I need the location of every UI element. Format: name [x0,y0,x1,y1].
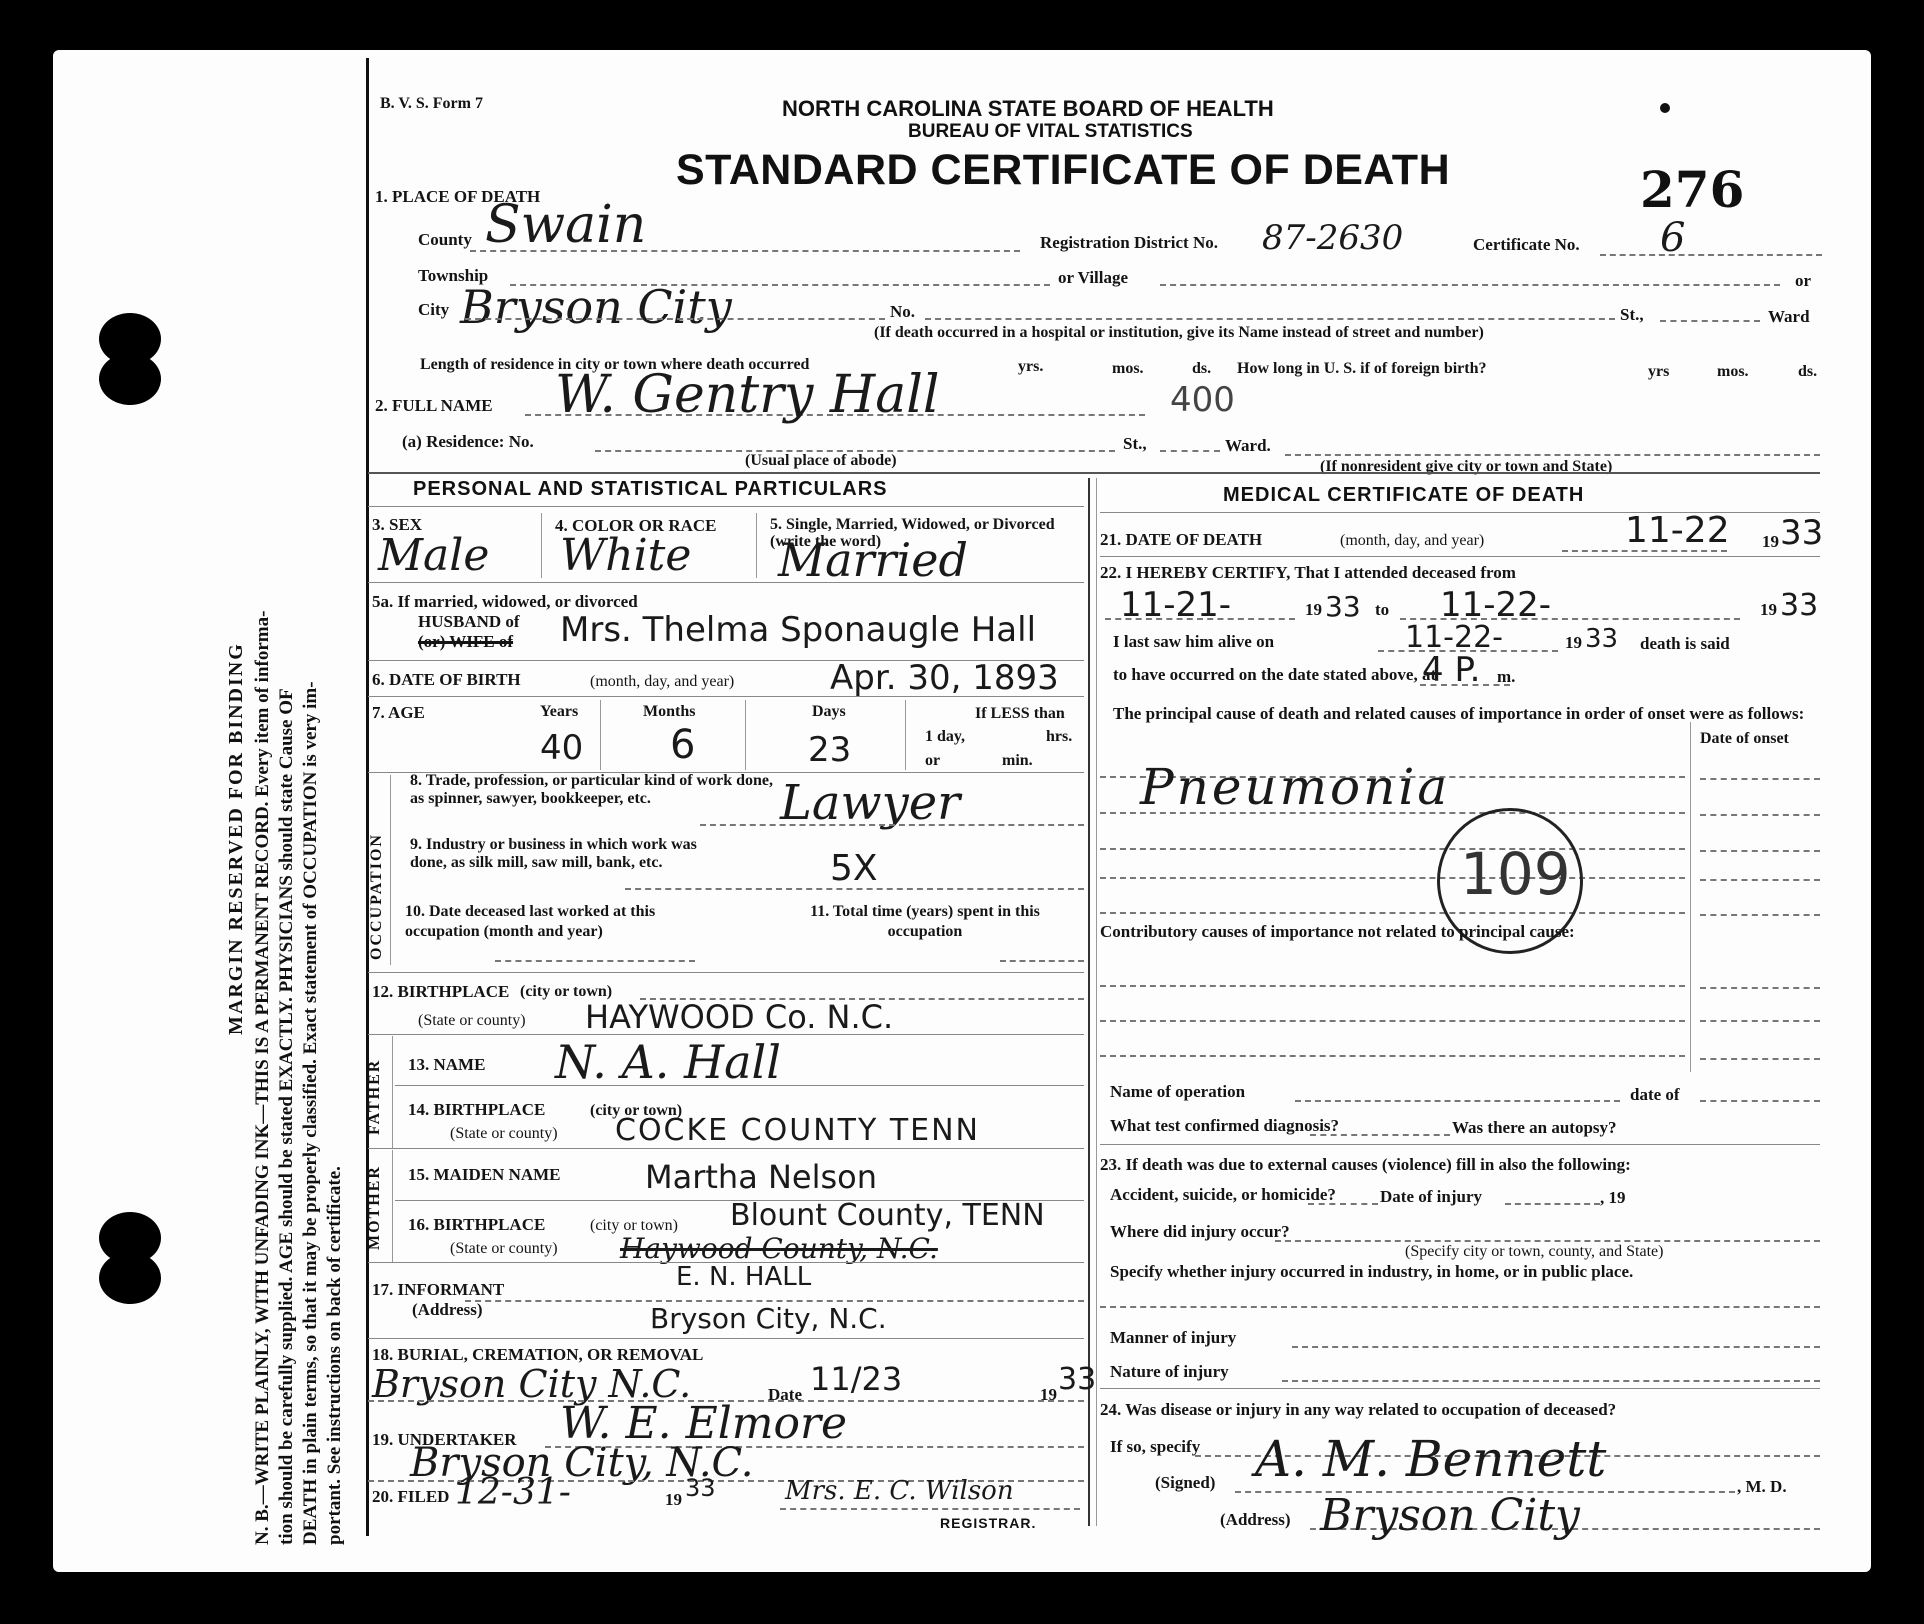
mos2-label: mos. [1717,363,1749,381]
personal-section-title: PERSONAL AND STATISTICAL PARTICULARS [413,478,888,501]
registrar-signature[interactable]: Mrs. E. C. Wilson [785,1476,1014,1506]
residence-st-label: St., [1123,434,1147,454]
occupation-related-label: 24. Was disease or injury in any way rel… [1100,1400,1616,1420]
mother-birthplace-value[interactable]: Blount County, TENN [730,1198,1045,1233]
date-of-label: date of [1630,1085,1680,1105]
sex-value[interactable]: Male [378,530,489,581]
county-value[interactable]: Swain [485,195,646,255]
foreign-birth-label: How long in U. S. if of foreign birth? [1237,360,1487,378]
filed-date-value[interactable]: 12-31- [455,1472,571,1513]
mother-tag: MOTHER [366,1165,384,1250]
mother-maiden-label: 15. MAIDEN NAME [408,1165,561,1185]
ds2-label: ds. [1798,363,1817,381]
autopsy-label: Was there an autopsy? [1452,1118,1617,1138]
physician-address-label: (Address) [1220,1510,1291,1530]
county-label: County [418,230,472,250]
trade-value[interactable]: Lawyer [780,775,960,831]
manner-label: Manner of injury [1110,1328,1236,1348]
cause-value[interactable]: Pneumonia [1140,758,1450,816]
father-name-value[interactable]: N. A. Hall [555,1035,781,1089]
attended-from-year[interactable]: 33 [1325,590,1361,623]
attended-from-year-prefix: 19 [1305,600,1322,620]
hrs-label: hrs. [1046,728,1072,746]
marital-value[interactable]: Married [778,533,968,587]
md-label: , M. D. [1737,1477,1787,1497]
bureau-name: BUREAU OF VITAL STATISTICS [908,121,1193,143]
city-label: City [418,300,449,320]
filed-label: 20. FILED [372,1487,449,1507]
ward-label: Ward [1768,307,1810,327]
dob-value[interactable]: Apr. 30, 1893 [830,658,1059,698]
full-name-value[interactable]: W. Gentry Hall [555,365,940,425]
min-label: min. [1002,752,1033,770]
age-months-value[interactable]: 6 [670,722,695,768]
or-label: or [1795,271,1811,291]
nature-label: Nature of injury [1110,1362,1229,1382]
or-min-label: or [925,752,940,770]
residence-label: (a) Residence: No. [402,432,534,452]
spouse-label-3: (or) WIFE of [418,632,513,652]
usual-place-note: (Usual place of abode) [745,452,897,470]
mother-birthplace-struck: Haywood County, N.C. [620,1232,938,1265]
filed-year-value[interactable]: 33 [685,1474,716,1502]
industry-value[interactable]: 5X [830,848,878,889]
informant-address-value[interactable]: Bryson City, N.C. [650,1302,887,1335]
date-of-death-label: 21. DATE OF DEATH [1100,530,1262,550]
injury-year-label: , 19 [1600,1188,1626,1208]
total-time-label: 11. Total time (years) spent in this occ… [805,902,1045,942]
occurred-label: to have occurred on the date stated abov… [1113,665,1436,685]
accident-label: Accident, suicide, or homicide? [1110,1185,1336,1205]
mother-maiden-value[interactable]: Martha Nelson [645,1158,877,1196]
father-name-label: 13. NAME [408,1055,485,1075]
full-name-label: 2. FULL NAME [375,396,493,416]
certify-label: 22. I HEREBY CERTIFY, That I attended de… [1100,563,1516,583]
less-than-label: If LESS than [975,705,1065,723]
certificate-number-value[interactable]: 6 [1660,215,1685,261]
onset-divider [1690,722,1691,1072]
margin-note-line1: N. B.—WRITE PLAINLY, WITH UNFADING INK—T… [252,611,274,1545]
birthplace-state-hint: (State or county) [418,1012,526,1030]
margin-note-line3: DEATH in plain terms, so that it may be … [300,681,322,1545]
informant-label: 17. INFORMANT [372,1280,504,1300]
page-title: STANDARD CERTIFICATE OF DEATH [676,146,1450,195]
specify-where-label: Specify whether injury occurred in indus… [1110,1262,1633,1282]
spouse-label-1: 5a. If married, widowed, or divorced [372,592,638,612]
time-value[interactable]: 4 P. [1422,650,1480,690]
burial-year-prefix: 19 [1040,1385,1057,1405]
age-days-label: Days [812,703,846,721]
test-label: What test confirmed diagnosis? [1110,1116,1339,1136]
last-worked-label: 10. Date deceased last worked at this oc… [405,902,705,942]
attended-from-value[interactable]: 11-21- [1120,585,1231,625]
registration-district-value[interactable]: 87-2630 [1262,218,1403,258]
trade-label: 8. Trade, profession, or particular kind… [410,772,780,808]
age-days-value[interactable]: 23 [808,730,851,770]
attended-to-value[interactable]: 11-22- [1440,585,1551,625]
attended-to-year[interactable]: 33 [1780,588,1818,623]
operation-label: Name of operation [1110,1082,1245,1102]
occupation-tag: OCCUPATION [368,833,386,960]
hospital-note: (If death occurred in a hospital or inst… [874,324,1484,342]
registration-district-label: Registration District No. [1040,233,1218,253]
m-label: m. [1497,667,1515,687]
residence-ward-label: Ward. [1225,436,1271,456]
spouse-label-2: HUSBAND of [418,612,520,632]
last-saw-label: I last saw him alive on [1113,632,1274,652]
industry-label: 9. Industry or business in which work wa… [410,836,715,872]
age-months-label: Months [643,703,695,721]
where-injury-label: Where did injury occur? [1110,1222,1290,1242]
certificate-number-label: Certificate No. [1473,235,1580,255]
binder-hole-top-b [99,353,161,405]
father-birthplace-label: 14. BIRTHPLACE [408,1100,545,1120]
to-label: to [1375,600,1389,620]
age-years-value[interactable]: 40 [540,728,583,768]
physician-signature[interactable]: A. M. Bennett [1255,1430,1606,1488]
dob-hint: (month, day, and year) [590,673,734,691]
one-day-label: 1 day, [925,728,965,746]
agency-name: NORTH CAROLINA STATE BOARD OF HEALTH [782,96,1274,122]
race-value[interactable]: White [560,530,691,581]
spouse-value[interactable]: Mrs. Thelma Sponaugle Hall [560,610,1036,650]
ds-label: ds. [1192,360,1211,378]
last-saw-year[interactable]: 33 [1585,624,1618,654]
filed-year-prefix: 19 [665,1490,682,1510]
date-of-death-hint: (month, day, and year) [1340,532,1484,550]
burial-date-value[interactable]: 11/23 [810,1360,902,1398]
death-year-prefix: 19 [1762,532,1779,552]
margin-note-line4: portant. See instructions on back of cer… [324,1166,346,1545]
death-year-value[interactable]: 33 [1780,513,1823,553]
margin-binding-note: MARGIN RESERVED FOR BINDING [225,642,248,1035]
burial-year-value[interactable]: 33 [1058,1362,1096,1397]
injury-date-label: Date of injury [1380,1187,1482,1207]
form-id: B. V. S. Form 7 [380,95,483,113]
birthplace-value[interactable]: HAYWOOD Co. N.C. [585,998,893,1036]
informant-address-label: (Address) [412,1300,483,1320]
registrar-label: REGISTRAR. [940,1515,1036,1531]
father-state-hint: (State or county) [450,1125,558,1143]
yrs2-label: yrs [1648,363,1669,381]
cause-label: The principal cause of death and related… [1113,700,1823,728]
dot-mark [1660,103,1670,113]
stamp-number: 276 [1640,160,1744,219]
city-value[interactable]: Bryson City [460,280,732,334]
medical-section-title: MEDICAL CERTIFICATE OF DEATH [1223,484,1584,507]
death-said-label: death is said [1640,634,1730,654]
signed-label: (Signed) [1155,1473,1215,1493]
full-name-annotation: 400 [1170,380,1235,420]
dob-label: 6. DATE OF BIRTH [372,670,521,690]
father-birthplace-value[interactable]: COCKE COUNTY TENN [615,1113,980,1148]
yrs-label: yrs. [1018,358,1043,376]
informant-value[interactable]: E. N. HALL [676,1262,811,1292]
mother-state-hint: (State or county) [450,1240,558,1258]
village-label: or Village [1058,268,1128,288]
age-years-label: Years [540,703,578,721]
physician-address-value[interactable]: Bryson City [1320,1490,1580,1541]
date-of-onset-label: Date of onset [1700,730,1789,748]
cause-code-value[interactable]: 109 [1460,840,1571,908]
margin-note-line2: tion should be carefully supplied. AGE s… [276,688,298,1545]
date-of-death-value[interactable]: 11-22 [1625,510,1730,551]
margin-border [366,58,369,1536]
street-label: St., [1620,305,1644,325]
binder-hole-bottom-b [99,1252,161,1304]
if-so-label: If so, specify [1110,1437,1200,1457]
street-no-label: No. [890,302,915,322]
specify-city-note: (Specify city or town, county, and State… [1405,1243,1663,1261]
contributory-label: Contributory causes of importance not re… [1100,922,1690,942]
last-saw-year-prefix: 19 [1565,633,1582,653]
attended-to-year-prefix: 19 [1760,600,1777,620]
external-causes-label: 23. If death was due to external causes … [1100,1155,1631,1175]
father-tag: FATHER [366,1059,384,1135]
age-label: 7. AGE [372,703,425,723]
mos-label: mos. [1112,360,1144,378]
mother-birthplace-label: 16. BIRTHPLACE [408,1215,545,1235]
birthplace-label: 12. BIRTHPLACE [372,982,509,1002]
